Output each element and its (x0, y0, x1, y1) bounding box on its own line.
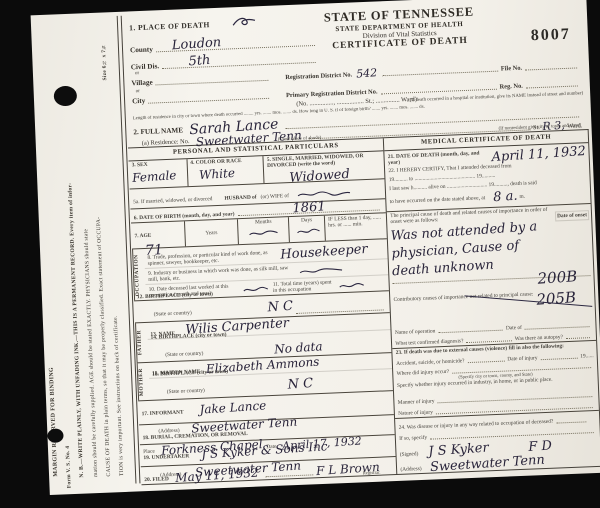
injury-year-blank: 19...... (580, 353, 594, 360)
village-label: Village (131, 78, 153, 87)
marital-cell: 5. SINGLE, MARRIED, WIDOWED, OR DIVORCED… (264, 151, 385, 183)
reg-no-label: Reg. No. (499, 82, 523, 90)
registration-district-value: 542 (356, 67, 378, 79)
age-days-cell: Days (289, 216, 326, 242)
city-label: City (132, 97, 146, 106)
punch-hole-icon (53, 86, 77, 107)
margin-size-note: Size 6½ x 7¾ (101, 18, 109, 80)
ditto-squiggle (299, 266, 343, 276)
county-value: Loudon (172, 36, 222, 52)
date-of-onset-label: Date of onset (555, 210, 589, 222)
days-label: Days (292, 217, 321, 224)
age-years-cell: Years (185, 219, 240, 246)
ditto-squiggle (243, 285, 269, 294)
injury-date-label: Date of injury (507, 355, 537, 362)
certificate-paper: MARGIN RESERVED FOR BINDING Form V. S. N… (31, 0, 600, 495)
father-birthplace-value: No data (274, 340, 323, 355)
registrar-label: Registrar. (363, 469, 381, 475)
dob-value: 1861 (292, 200, 326, 215)
certify-line4: to have occurred on the date stated abov… (390, 196, 486, 206)
race-cell: 4. COLOR OR RACE White (187, 156, 265, 186)
total-time-label: 11. Total time (years) spent in this occ… (273, 279, 335, 294)
cause-handwriting-line3: death unknown (392, 259, 494, 279)
contributory-code-value: 205B (536, 291, 577, 309)
filed-date-value: May 11, 1932 (174, 467, 258, 485)
ditto-squiggle (249, 229, 279, 238)
state-country-note: (State or country) (165, 351, 203, 359)
punch-hole-icon (47, 428, 64, 443)
ditto-squiggle (297, 189, 351, 199)
meridiem-label: m. (519, 194, 525, 200)
ditto-squiggle (338, 281, 364, 290)
trade-value: Housekeeper (280, 243, 368, 262)
personal-column: PERSONAL AND STATISTICAL PARTICULARS 3. … (128, 138, 398, 484)
filed-label: 20. FILED (144, 476, 169, 483)
months-label: Months (241, 218, 285, 226)
sex-cell: 3. SEX Female (129, 159, 189, 188)
undertaker-value: J S Kyker & Sons Inc (201, 440, 328, 460)
state-country-note: (State or country) (154, 310, 192, 318)
race-value: White (198, 167, 235, 181)
certificate-form: 1. PLACE OF DEATH STATE OF TENNESSEE STA… (123, 0, 600, 485)
state-country-note: (State or country) (167, 388, 205, 396)
husband-of-label: HUSBAND of (224, 194, 256, 201)
undertaker-label: 19. UNDERTAKER (143, 453, 189, 461)
ditto-squiggle (297, 227, 321, 236)
principal-cause-block: The principal cause of death and related… (387, 203, 594, 297)
certificate-table: PERSONAL AND STATISTICAL PARTICULARS 3. … (128, 129, 600, 485)
wife-of-label: (or) WIFE of (261, 193, 290, 200)
cause-code-value: 200B (537, 269, 578, 287)
civil-district-value: 5th (188, 54, 211, 68)
informant-value: Jake Lance (199, 399, 266, 415)
civil-district-label: Civil Dis. (131, 62, 160, 71)
birthplace-value: N C (267, 300, 293, 315)
marital-label: 5. SINGLE, MARRIED, WIDOWED, OR DIVORCED… (267, 152, 381, 169)
registration-district-label: Registration District No. (285, 71, 352, 81)
if-less-label: IF LESS than 1 day, ...... hrs. or .....… (328, 214, 384, 229)
ink-flourish (231, 14, 258, 29)
if-less-cell: IF LESS than 1 day, ...... hrs. or .....… (325, 213, 387, 240)
father-birthplace-label: 14. BIRTHPLACE (city or town) (151, 332, 227, 341)
age-label: 7. AGE (134, 233, 151, 240)
place-of-death-title: 1. PLACE OF DEATH (129, 20, 210, 32)
operation-date-label: Date of (506, 325, 522, 332)
if-so-specify-label: If so, specify (399, 435, 427, 442)
form-header: 1. PLACE OF DEATH STATE OF TENNESSEE STA… (123, 0, 589, 148)
years-label: Years (205, 230, 217, 236)
informant-label: 17. INFORMANT (142, 410, 184, 418)
mother-birthplace-label: 16. BIRTHPLACE (city or town) (152, 369, 228, 378)
sex-value: Female (132, 169, 177, 184)
scanned-death-certificate: { "page": { "certificate_number": "8007"… (0, 0, 600, 508)
mother-birthplace-value: N C (287, 377, 313, 392)
age-cell: 7. AGE 71 (131, 221, 186, 248)
file-no-label: File No. (501, 64, 523, 72)
medical-column: MEDICAL CERTIFICATE OF DEATH 21. DATE OF… (384, 130, 600, 474)
signed-address-label: (Address) (400, 466, 421, 473)
sex-label: 3. SEX (132, 160, 184, 168)
time-of-death-value: 8 a. (493, 189, 518, 204)
county-label: County (130, 45, 153, 54)
certificate-number: 8007 (530, 26, 571, 46)
race-label: 4. COLOR OR RACE (190, 157, 260, 166)
external-causes-block: 23. If death was due to external causes … (393, 340, 598, 394)
age-months-cell: Months (238, 217, 290, 244)
spouse-label: 5a. If married, widowed, or divorced (133, 196, 213, 205)
signature-block: 24. Was disease or injury in any way rel… (395, 410, 600, 474)
signed-label: (Signed) (400, 451, 419, 458)
margin-form-number: Form V. S. No. 4 (65, 422, 74, 488)
birthplace-label: 12. BIRTHPLACE (city or town) (137, 291, 213, 300)
